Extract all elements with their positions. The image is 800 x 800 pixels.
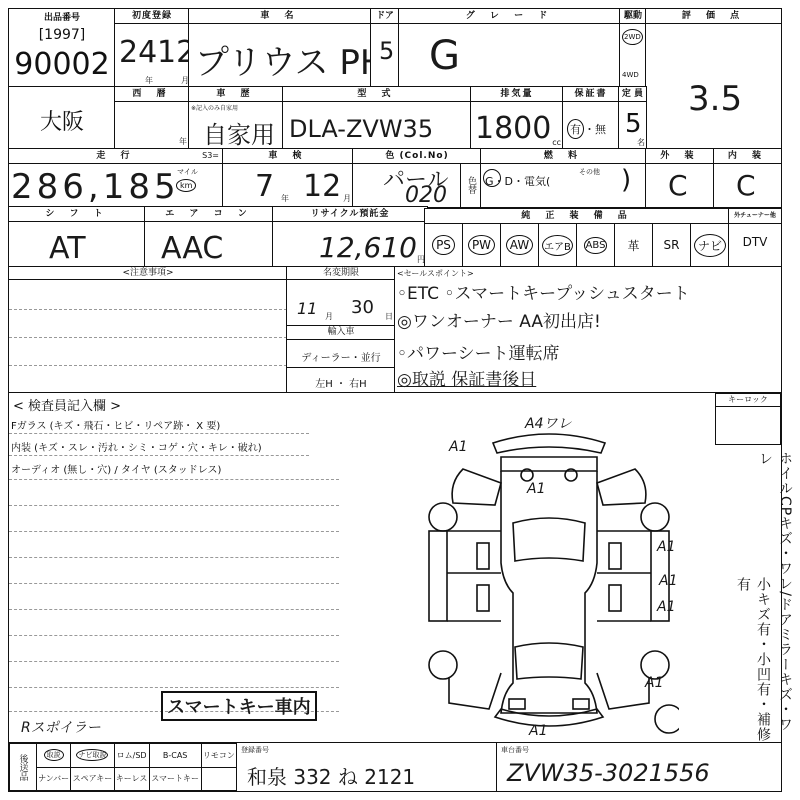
drive-header: 駆動 <box>620 9 646 24</box>
drive-4wd-option: 4WD <box>622 71 639 79</box>
chassis-header: 車台番号 <box>501 745 529 755</box>
displacement-cell: 排気量 1800 cc <box>470 86 564 150</box>
fuel-other-label: その他 <box>579 167 600 177</box>
model-code-header: 型 式 <box>283 87 471 102</box>
lot-year: [1997] <box>9 27 115 43</box>
import-header: 輸入車 <box>287 325 395 340</box>
sales-point-4: ◎取説 保証書後日 <box>397 365 536 390</box>
mileage-value: 286,185 <box>11 167 180 207</box>
acc-smart-key: スマートキー <box>149 767 201 791</box>
drive-cell: 駆動 2WD 4WD <box>619 8 647 88</box>
damage-a1-right-2: A1 <box>659 573 677 589</box>
first-registration-header: 初度登録 <box>115 9 189 24</box>
usage-cell: 車 歴 ※記入のみ自家用 自家用 <box>188 86 284 150</box>
capacity-header: 定 員 <box>619 87 646 102</box>
inspection-year-unit: 年 <box>281 193 289 204</box>
equip-abs: ABS <box>577 223 615 267</box>
recycle-header: リサイクル預託金 <box>273 207 427 222</box>
inspection-month-unit: 月 <box>343 193 351 204</box>
fuel-header: 燃 料 <box>481 149 646 164</box>
doors-header: ドア <box>371 9 399 24</box>
color-cell: 色 (Col.No) パール 020 色替 <box>352 148 482 208</box>
color-code: 020 <box>405 183 447 208</box>
capacity-unit: 名 <box>637 137 645 148</box>
auction-sheet: 出品番号 [1997] 90002 初度登録 24 12 年 月 車 名 プリウ… <box>8 8 782 792</box>
acc-empty <box>201 767 236 791</box>
aircon-value: AAC <box>161 231 223 266</box>
acc-spare-key: スペアキー <box>71 767 114 791</box>
displacement-unit: cc <box>552 138 561 147</box>
damage-a1-right-1: A1 <box>657 539 675 555</box>
fuel-close-paren: ) <box>621 165 631 195</box>
import-handle: 左H ・ 右H <box>287 375 395 390</box>
inspector-header: < 検査員記入欄 > <box>13 395 121 414</box>
shift-cell: シ フ ト AT <box>8 206 146 268</box>
interior-cell: 内 装 C <box>713 148 782 208</box>
first-registration-cell: 初度登録 24 12 年 月 <box>114 8 190 88</box>
tuner-header: 外チューナー他 <box>729 209 781 224</box>
name-change-day: 30 <box>351 297 374 318</box>
mileage-unit-km: km <box>176 179 196 192</box>
shift-value: AT <box>49 231 86 266</box>
mileage-unit-mile: マイル <box>177 167 198 177</box>
inspector-boxed-note: スマートキー車内 <box>161 691 317 721</box>
equip-navi: ナビ <box>691 223 729 267</box>
acc-keyless: キーレス <box>114 767 149 791</box>
equipment-header: 純 正 装 備 品 <box>425 209 729 224</box>
acc-navi-manual: ナビ取説 <box>71 744 114 768</box>
acc-number-plate: ナンバー <box>37 767 71 791</box>
inspection-cell: 車 検 7 年 12 月 <box>222 148 354 208</box>
shift-header: シ フ ト <box>9 207 145 222</box>
registration-value: 和泉 332 ね 2121 <box>247 761 415 790</box>
doors-value: 5 <box>379 37 394 65</box>
exterior-value: C <box>668 169 688 202</box>
location-value: 大阪 <box>9 105 115 136</box>
model-code-value: DLA-ZVW35 <box>289 115 433 143</box>
fuel-cell: 燃 料 G・D・電気( その他 ) <box>480 148 647 208</box>
usage-value: 自家用 <box>203 115 275 150</box>
aircon-header: エ ア コ ン <box>145 207 273 222</box>
first-registration-year: 24 <box>119 35 157 70</box>
year-unit: 年 <box>145 75 153 86</box>
damage-a1-rear-left: A1 <box>449 439 467 455</box>
accessories-cell: 後送品 取説 ナビ取説 ロム/SD B-CAS リモコン ナンバー スペアキー … <box>8 742 238 792</box>
notes-header: <注意事項> <box>9 267 287 280</box>
registration-cell: 登録番号 和泉 332 ね 2121 <box>236 742 498 792</box>
warranty-cell: 保証書 有・無 <box>562 86 620 150</box>
interior-value: C <box>736 169 756 202</box>
inspection-month: 12 <box>303 169 341 204</box>
mileage-header: 走 行 <box>9 149 223 164</box>
mileage-note: S3= <box>202 151 219 160</box>
warranty-header: 保証書 <box>563 87 619 102</box>
inspector-line-audio: オーディオ (無し・穴) / タイヤ (スタッドレス) <box>11 461 221 476</box>
doors-cell: ドア 5 <box>370 8 400 88</box>
sales-point-2: ◎ワンオーナー AA初出店! <box>397 307 601 332</box>
inspection-header: 車 検 <box>223 149 353 164</box>
exterior-header: 外 装 <box>646 149 714 164</box>
capacity-cell: 定 員 5 名 <box>618 86 647 150</box>
car-name-header: 車 名 <box>189 9 371 24</box>
equip-sunroof: SR <box>653 223 691 267</box>
model-year-cell: 西 暦 年 <box>114 86 190 150</box>
sales-point-1: ◦ETC ◦スマートキープッシュスタート <box>397 279 690 304</box>
key-lock-cell: キーロック <box>715 393 781 445</box>
model-year-header: 西 暦 <box>115 87 189 102</box>
key-lock-header: キーロック <box>716 394 780 407</box>
equip-aw: AW <box>501 223 539 267</box>
equipment-cell: 純 正 装 備 品 PS PW AW エアB ABS 革 SR ナビ <box>424 208 730 268</box>
capacity-value: 5 <box>625 109 642 139</box>
chassis-value: ZVW35-3021556 <box>507 759 710 787</box>
inspector-line-glass: Fガラス (キズ・飛石・ヒビ・リペア跡・ X 要) <box>11 417 220 432</box>
equip-leather: 革 <box>615 223 653 267</box>
inspector-bottom-note: Rスポイラー <box>21 717 101 737</box>
model-year-unit: 年 <box>179 136 187 147</box>
inspection-year: 7 <box>255 169 274 204</box>
score-header: 評 価 点 <box>646 9 781 24</box>
name-change-header: 名変期限 <box>287 267 395 280</box>
equip-airbag: エアB <box>539 223 577 267</box>
acc-manual: 取説 <box>37 744 71 768</box>
exterior-cell: 外 装 C <box>645 148 715 208</box>
warranty-yes: 有 <box>567 119 584 139</box>
grade-value: G <box>429 33 460 79</box>
inspector-cell: < 検査員記入欄 > Fガラス (キズ・飛石・ヒビ・リペア跡・ X 要) 内装 … <box>8 392 782 744</box>
usage-header: 車 歴 <box>189 87 283 102</box>
damage-a1-right-3: A1 <box>657 599 675 615</box>
acc-remote: リモコン <box>201 744 236 768</box>
damage-a1-front-right: A1 <box>645 675 663 691</box>
chassis-cell: 車台番号 ZVW35-3021556 <box>496 742 782 792</box>
damage-a1-trunk: A1 <box>527 481 545 497</box>
tuner-cell: 外チューナー他 DTV <box>728 208 782 268</box>
registration-header: 登録番号 <box>241 745 269 755</box>
grade-header: グ レ ー ド <box>399 9 620 24</box>
inspector-line-interior: 内装 (キズ・スレ・汚れ・シミ・コゲ・穴・キレ・破れ) <box>11 439 262 454</box>
equip-dtv: DTV <box>729 235 781 249</box>
warranty-no: 無 <box>595 123 606 136</box>
sales-points-header: <セールスポイント> <box>397 268 474 279</box>
warranty-options: 有・無 <box>567 119 606 139</box>
accessories-label: 後送品 <box>10 744 37 791</box>
recycle-value: 12,610 <box>319 231 417 264</box>
drive-2wd-option: 2WD <box>622 29 643 45</box>
interior-header: 内 装 <box>714 149 781 164</box>
lot-number-cell: 出品番号 [1997] 90002 <box>8 8 116 88</box>
notes-cell: <注意事項> <box>8 266 288 394</box>
acc-bcas: B-CAS <box>149 744 201 768</box>
equip-ps: PS <box>425 223 463 267</box>
name-change-cell: 名変期限 11 月 30 日 輸入車 ディーラー・並行 左H ・ 右H <box>286 266 396 394</box>
color-change-label: 色替 <box>460 163 481 207</box>
usage-note: ※記入のみ自家用 <box>191 103 238 112</box>
side-note-line2: 小キズ有・小凹有・補修有 <box>733 577 773 743</box>
damage-a1-front-bumper: A1 <box>529 723 547 739</box>
color-header: 色 (Col.No) <box>353 149 481 164</box>
aircon-cell: エ ア コ ン AAC <box>144 206 274 268</box>
grade-cell: グ レ ー ド G <box>398 8 621 88</box>
displacement-value: 1800 <box>475 111 551 146</box>
displacement-header: 排気量 <box>471 87 563 102</box>
score-cell: 評 価 点 3.5 <box>645 8 782 150</box>
score-value: 3.5 <box>688 79 742 119</box>
fuel-selected-circle <box>483 169 501 187</box>
name-change-month: 11 <box>297 299 317 318</box>
mileage-cell: 走 行 S3= 286,185 マイル km <box>8 148 224 208</box>
location-cell: 大阪 <box>8 86 116 150</box>
equip-pw: PW <box>463 223 501 267</box>
car-damage-diagram <box>419 413 679 743</box>
name-change-month-unit: 月 <box>325 311 333 322</box>
damage-rear-spoiler: A4ワレ <box>525 413 571 433</box>
lot-header: 出品番号 <box>9 10 115 23</box>
sales-points-cell: <セールスポイント> ◦ETC ◦スマートキープッシュスタート ◎ワンオーナー … <box>394 266 782 394</box>
sales-point-3: ◦パワーシート運転席 <box>397 339 560 364</box>
import-dealer: ディーラー・並行 <box>287 349 395 364</box>
model-code-cell: 型 式 DLA-ZVW35 <box>282 86 472 150</box>
recycle-cell: リサイクル預託金 12,610 円 <box>272 206 428 268</box>
lot-number: 90002 <box>9 47 115 82</box>
name-change-day-unit: 日 <box>385 311 393 322</box>
car-name-cell: 車 名 プリウス PHV <box>188 8 372 88</box>
acc-rom-sd: ロム/SD <box>114 744 149 768</box>
